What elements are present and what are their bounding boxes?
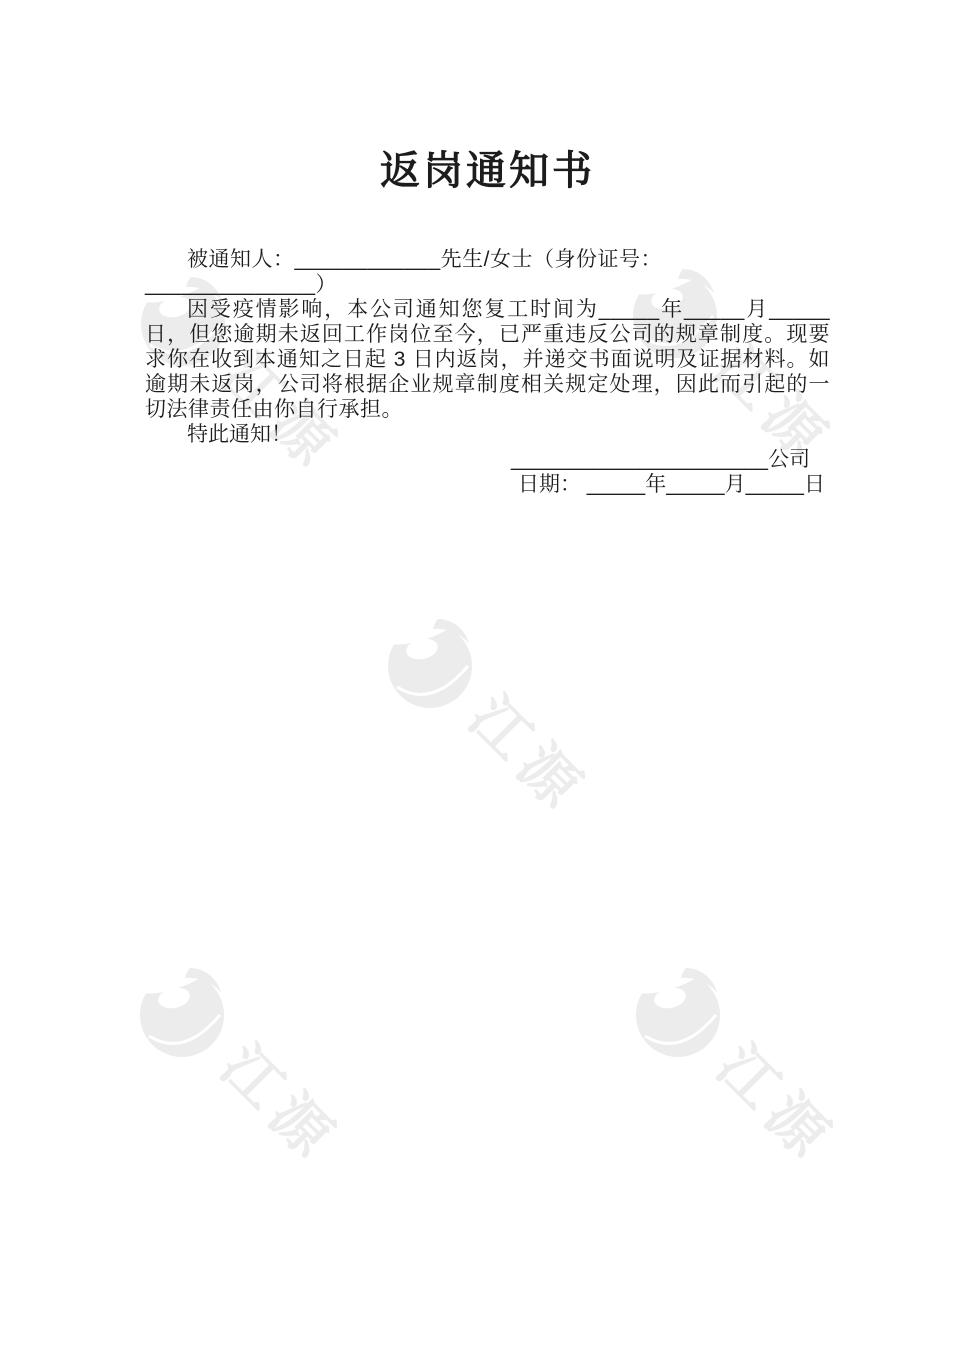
body-paragraph: 因受疫情影响，本公司通知您复工时间为_____年_____月_____日，但您逾… bbox=[145, 297, 830, 422]
company-signature-line: ______________________公司 bbox=[145, 447, 830, 472]
page-title: 返岗通知书 bbox=[145, 148, 830, 194]
notice-document: 返岗通知书 被通知人：____________先生/女士（身份证号：______… bbox=[0, 0, 970, 1371]
date-line: 日期： _____年_____月_____日 bbox=[145, 472, 830, 497]
recipient-line: 被通知人：____________先生/女士（身份证号：____________… bbox=[145, 247, 830, 297]
closing-line: 特此通知！ bbox=[145, 422, 830, 447]
